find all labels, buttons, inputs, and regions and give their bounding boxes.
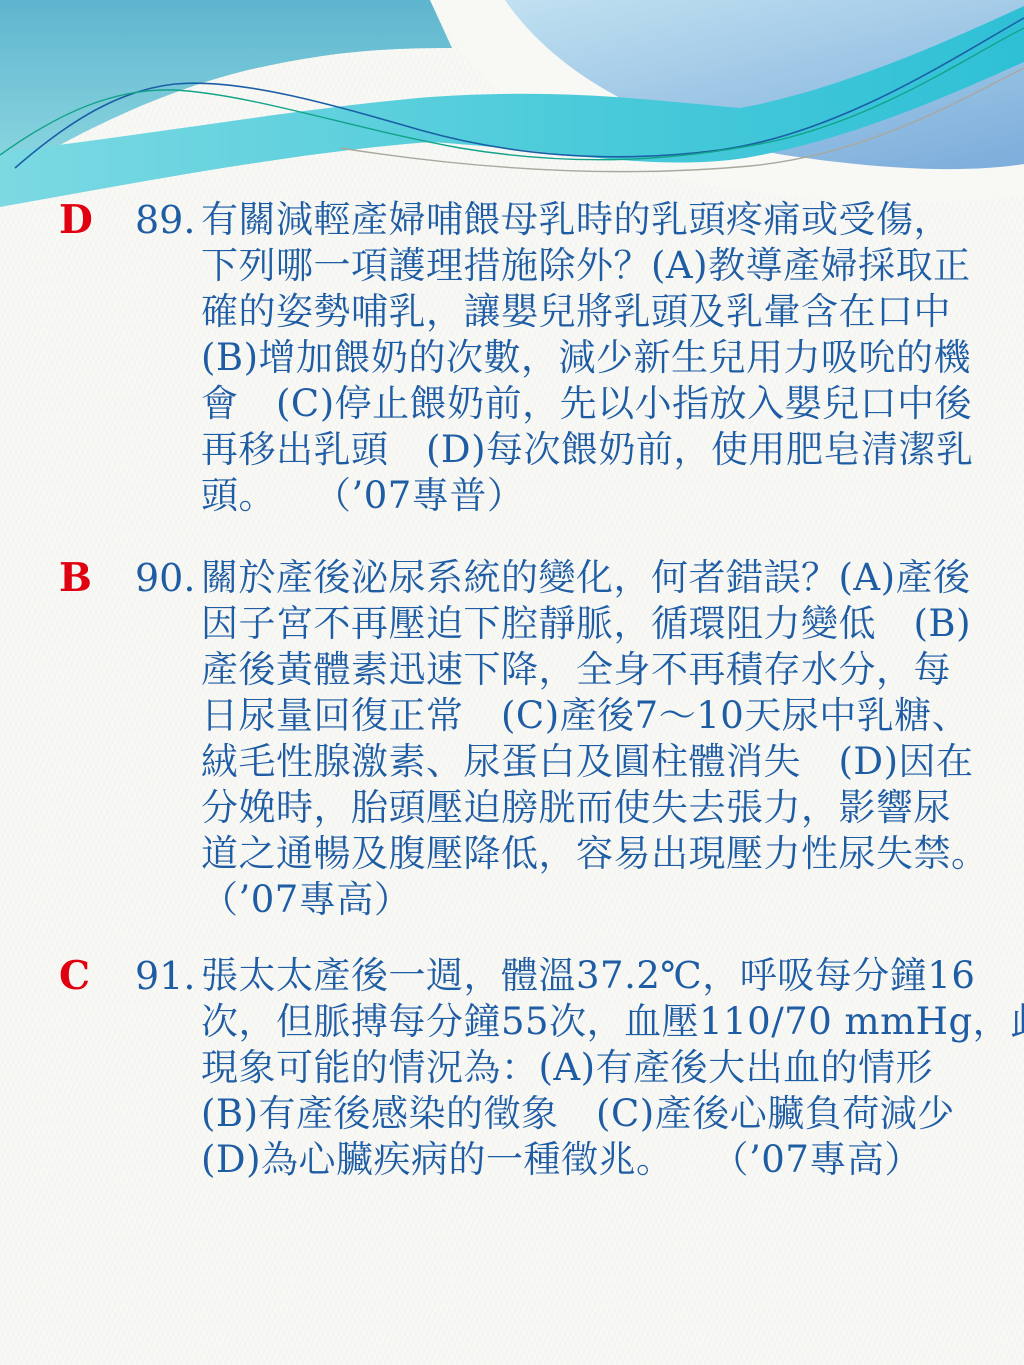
question-line: 分娩時，胎頭壓迫膀胱而使失去張力，影響尿 xyxy=(201,785,1001,831)
question-line: 次，但脈搏每分鐘55次，血壓110/70 mmHg，此 xyxy=(201,999,1001,1045)
question-line: 日尿量回復正常 (C)產後7～10天尿中乳糖、 xyxy=(201,693,1001,739)
question-line: 因子宮不再壓迫下腔靜脈，循環阻力變低 (B) xyxy=(201,601,1001,647)
question-line: 絨毛性腺激素、尿蛋白及圓柱體消失 (D)因在 xyxy=(201,739,1001,785)
question-line: 現象可能的情況為：(A)有產後大出血的情形 xyxy=(201,1045,1001,1091)
slide: D 89. 有關減輕產婦哺餵母乳時的乳頭疼痛或受傷， 下列哪一項護理措施除外？(… xyxy=(0,0,1024,1365)
question-text: 關於產後泌尿系統的變化，何者錯誤？(A)產後 因子宮不再壓迫下腔靜脈，循環阻力變… xyxy=(201,555,1001,923)
answer-letter: C xyxy=(59,953,135,999)
question-line: （’07專高） xyxy=(201,877,1001,923)
question-text: 張太太產後一週，體溫37.2℃，呼吸每分鐘16 次，但脈搏每分鐘55次，血壓11… xyxy=(201,953,1001,1183)
question-block-91: C 91. 張太太產後一週，體溫37.2℃，呼吸每分鐘16 次，但脈搏每分鐘55… xyxy=(0,953,1024,1183)
question-line: 確的姿勢哺乳，讓嬰兒將乳頭及乳暈含在口中 xyxy=(201,289,1001,335)
question-line: (D)為心臟疾病的一種徵兆。 （’07專高） xyxy=(201,1137,1001,1183)
question-line: (B)有產後感染的徵象 (C)產後心臟負荷減少 xyxy=(201,1091,1001,1137)
question-line: 再移出乳頭 (D)每次餵奶前，使用肥皂清潔乳 xyxy=(201,427,1001,473)
question-line: (B)增加餵奶的次數，減少新生兒用力吸吮的機 xyxy=(201,335,1001,381)
question-number: 89. xyxy=(135,197,201,243)
question-block-90: B 90. 關於產後泌尿系統的變化，何者錯誤？(A)產後 因子宮不再壓迫下腔靜脈… xyxy=(0,555,1024,923)
question-line: 關於產後泌尿系統的變化，何者錯誤？(A)產後 xyxy=(201,555,1001,601)
question-line: 產後黃體素迅速下降，全身不再積存水分，每 xyxy=(201,647,1001,693)
answer-letter: D xyxy=(59,197,135,243)
question-line: 張太太產後一週，體溫37.2℃，呼吸每分鐘16 xyxy=(201,953,1001,999)
question-line: 下列哪一項護理措施除外？(A)教導產婦採取正 xyxy=(201,243,1001,289)
question-number: 91. xyxy=(135,953,201,999)
question-line: 頭。 （’07專普） xyxy=(201,473,1001,519)
questions-area: D 89. 有關減輕產婦哺餵母乳時的乳頭疼痛或受傷， 下列哪一項護理措施除外？(… xyxy=(0,0,1024,1183)
answer-letter: B xyxy=(59,555,135,601)
question-line: 會 (C)停止餵奶前，先以小指放入嬰兒口中後 xyxy=(201,381,1001,427)
question-block-89: D 89. 有關減輕產婦哺餵母乳時的乳頭疼痛或受傷， 下列哪一項護理措施除外？(… xyxy=(0,197,1024,519)
question-text: 有關減輕產婦哺餵母乳時的乳頭疼痛或受傷， 下列哪一項護理措施除外？(A)教導產婦… xyxy=(201,197,1001,519)
question-line: 有關減輕產婦哺餵母乳時的乳頭疼痛或受傷， xyxy=(201,197,1001,243)
question-number: 90. xyxy=(135,555,201,601)
question-line: 道之通暢及腹壓降低，容易出現壓力性尿失禁。 xyxy=(201,831,1001,877)
